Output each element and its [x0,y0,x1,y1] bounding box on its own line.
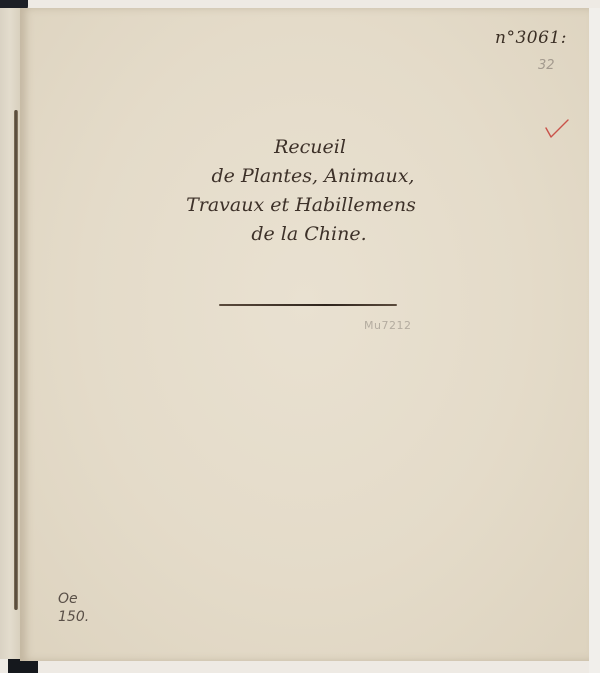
title-line-1: Recueil [160,133,460,162]
gutter-shadow [14,110,18,610]
title-line-3: Travaux et Habillemens [142,191,460,220]
checkmark-icon [544,118,570,140]
call-number-line-2: 150. [58,608,89,626]
call-number: Oe 150. [58,590,89,626]
title-block: Recueil de Plantes, Animaux, Travaux et … [160,133,460,249]
folio-number: 32 [538,58,555,73]
title-underline-rule [219,304,397,306]
manuscript-page [20,8,589,661]
scan-margin-right [589,8,600,673]
title-line-2: de Plantes, Animaux, [166,162,460,191]
title-line-4: de la Chine. [158,220,460,249]
call-number-line-1: Oe [58,590,89,608]
shelfmark: n°3061: [495,28,567,48]
scan-background-corner-bottom [8,659,38,673]
inventory-stamp: Mu7212 [364,319,411,332]
